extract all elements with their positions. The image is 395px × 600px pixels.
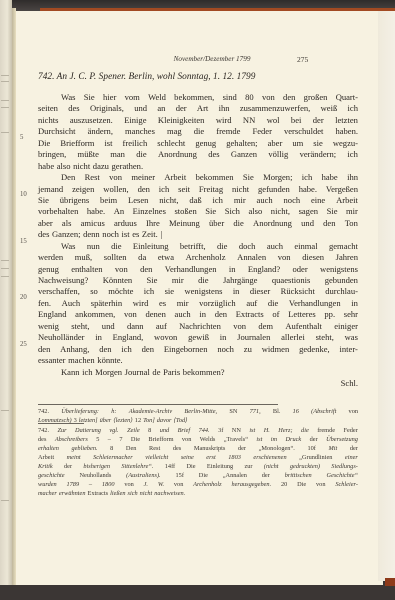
word: Die: [187, 462, 196, 471]
word: Sie: [243, 172, 254, 183]
word: auch: [267, 241, 283, 252]
word: nachweisen.: [154, 489, 185, 498]
word: ließen: [110, 489, 125, 498]
word: verändern;: [300, 149, 337, 160]
word: Herz;: [278, 426, 292, 435]
word: aber: [38, 218, 53, 229]
word: bekommen: [196, 172, 234, 183]
word: 8: [148, 426, 151, 435]
text-line: aberalsamicusarduusIhreMeinungüberdieAno…: [38, 218, 358, 229]
word: Auch: [62, 298, 81, 309]
word: nun: [87, 241, 100, 252]
word: von: [182, 435, 191, 444]
word: Sie: [38, 195, 49, 206]
word: die: [198, 275, 208, 286]
text-line: wenigsteht,unddannaufNachrichtenvondemAu…: [38, 321, 358, 332]
word: des: [173, 444, 181, 453]
word: wegzu-: [333, 138, 358, 149]
word: ⟨lezten⟩: [113, 416, 133, 425]
word: machen: [68, 355, 95, 366]
word: müßte: [78, 149, 99, 160]
word: 1800: [102, 480, 115, 489]
line-number: 10: [20, 191, 27, 198]
word: vielleicht: [145, 453, 168, 462]
word: 10f: [307, 444, 315, 453]
word: Sittenlehre“.: [121, 462, 153, 471]
word: dem: [258, 321, 273, 332]
word: den: [38, 344, 50, 355]
apparatus-line: erhaltengeblieben.8DenRestdesManuskripts…: [38, 444, 358, 453]
word: seiten: [38, 103, 58, 114]
word: Morgen: [95, 367, 122, 378]
word: im: [271, 435, 277, 444]
text-line: habealsonichtdazugerathen.: [38, 161, 358, 172]
word: von: [262, 92, 275, 103]
word: Mit: [328, 444, 337, 453]
word: 14ff: [165, 462, 175, 471]
word: Feder: [252, 126, 271, 137]
commentary-apparatus: 742.ZurDatierungvgl.Zeile8undBrief744.3f…: [38, 426, 358, 498]
word: zeigen: [72, 184, 94, 195]
word: der: [262, 471, 270, 480]
word: von: [349, 407, 358, 416]
text-line: essantermachenkönnte.: [38, 355, 358, 366]
text-line: vorbehaltenhabe.AnEinzelnesstoßenSieSich…: [38, 206, 358, 217]
word: erst: [206, 453, 215, 462]
word: ihn: [219, 103, 230, 114]
word: Rest: [85, 172, 100, 183]
word: Ton]: [143, 416, 155, 425]
word: Einige: [124, 115, 146, 126]
word: |: [160, 229, 162, 240]
word: Siedlungs-: [331, 462, 358, 471]
text-line: KannichMorgenJournaldeParisbekommen?: [38, 367, 358, 378]
word: Briefform: [60, 138, 94, 149]
word: Extracts: [87, 489, 108, 498]
text-line: bringen,müßtemandieAnordnungdesGanzenvöl…: [38, 149, 358, 160]
word: Was: [61, 92, 76, 103]
word: (nicht: [264, 462, 279, 471]
word: denn: [83, 229, 100, 240]
word: die: [268, 298, 278, 309]
word: die: [233, 218, 243, 229]
word: zu: [244, 344, 252, 355]
word: Arbeit: [38, 453, 54, 462]
word: ist: [104, 138, 112, 149]
word: Die: [38, 138, 50, 149]
word: zusammenzuwerfen,: [240, 103, 310, 114]
word: nicht,: [271, 206, 290, 217]
word: in: [95, 332, 102, 343]
word: erwähnten: [59, 489, 86, 498]
word: der: [310, 435, 318, 444]
word: Brief: [178, 426, 191, 435]
word: Anordnung: [158, 149, 197, 160]
letter-title: 742. An J. C. P. Spener. Berlin, wohl So…: [38, 72, 255, 82]
word: nicht: [140, 489, 153, 498]
apparatus-line: 742.ZurDatierungvgl.Zeile8undBrief744.3f…: [38, 426, 358, 435]
word: den: [138, 184, 150, 195]
word: aber: [268, 138, 283, 149]
word: der: [176, 103, 187, 114]
word: und: [134, 103, 147, 114]
word: sind: [223, 92, 237, 103]
word: gebunden: [325, 275, 358, 286]
word: ich: [302, 172, 312, 183]
word: Anordnung: [253, 218, 292, 229]
word: Sich: [225, 206, 240, 217]
word: weiß: [321, 103, 338, 114]
word: des: [38, 229, 49, 240]
word: Anhang,: [60, 344, 89, 355]
word: von: [124, 309, 137, 320]
word: stoßen: [174, 206, 196, 217]
word: Was: [61, 241, 76, 252]
word: 1803: [228, 453, 241, 462]
word: mir: [234, 195, 246, 206]
word: Zur: [57, 426, 66, 435]
word: einiger: [334, 321, 358, 332]
word: hier: [103, 92, 116, 103]
word: Übersetzung: [326, 435, 358, 444]
word: „Monologen“.: [259, 444, 295, 453]
word: vom: [125, 92, 140, 103]
word: muß,: [75, 252, 92, 263]
word: die: [136, 149, 146, 160]
signature: Schl.: [38, 378, 358, 389]
word: (Australiens).: [126, 471, 160, 480]
word: h:: [111, 407, 116, 416]
word: 771,: [250, 407, 261, 416]
word: den: [142, 344, 154, 355]
word: An: [114, 206, 124, 217]
word: Quart-: [336, 92, 358, 103]
word: 744.: [199, 426, 210, 435]
word: denen: [145, 309, 165, 320]
word: sie: [165, 286, 175, 297]
word: bekommen?: [183, 367, 225, 378]
word: auszusetzen.: [70, 115, 113, 126]
word: ich: [159, 184, 169, 195]
word: of: [272, 309, 279, 320]
word: arduus: [114, 218, 137, 229]
word: Die: [131, 435, 140, 444]
word: davor: [157, 416, 172, 425]
word: sich: [128, 489, 138, 498]
word: quaestionis: [272, 275, 310, 286]
word: durchlau-: [325, 286, 358, 297]
word: wollen,: [103, 184, 128, 195]
word: gemacht: [329, 241, 358, 252]
word: Aufenthalt: [285, 321, 322, 332]
word: Nachrichten: [179, 321, 221, 332]
word: also: [57, 161, 71, 172]
word: Neuhollands: [79, 471, 111, 480]
word: diesen: [302, 252, 324, 263]
word: gerathen.: [112, 161, 144, 172]
word: freilich: [123, 138, 148, 149]
word: Ganzen;: [52, 229, 80, 240]
word: noch: [284, 195, 301, 206]
word: den: [283, 92, 295, 103]
text-line: DenRestvonmeinerArbeitbekommenSieMorgen;…: [38, 172, 358, 183]
apparatus-line: machererwähntenExtractsließensichnichtna…: [38, 489, 358, 498]
word: wol: [267, 115, 280, 126]
word: fremde: [216, 126, 240, 137]
footnote-rule: [38, 404, 278, 405]
word: steht,: [71, 321, 89, 332]
text-line: DieBriefformistfreilichschlechtgenuggeha…: [38, 138, 358, 149]
word: Ganzen: [231, 149, 257, 160]
word: Sie: [84, 92, 95, 103]
word: Zeit.: [142, 229, 158, 240]
word: und: [301, 218, 314, 229]
word: haben.: [335, 126, 358, 137]
word: übrigens: [60, 195, 89, 206]
word: Archenholz: [193, 480, 221, 489]
word: fen.: [38, 298, 51, 309]
word: Ihre: [146, 218, 160, 229]
word: dieser: [250, 286, 270, 297]
word: habe.: [299, 184, 317, 195]
word: 16: [293, 407, 299, 416]
word: vgl.: [109, 426, 118, 435]
apparatus-line: Lommatzsch)3letzten]über⟨lezten⟩12Ton]da…: [38, 416, 358, 425]
word: dann: [127, 321, 144, 332]
word: etwa: [158, 252, 174, 263]
word: nicht,: [159, 195, 178, 206]
word: verschaffen,: [38, 286, 80, 297]
word: sagen: [299, 206, 318, 217]
word: über: [100, 416, 112, 425]
text-line: NeuholländerinEngland,wovongewißinJourna…: [38, 332, 358, 343]
word: Schleiermacher: [93, 453, 133, 462]
word: genug: [38, 264, 59, 275]
word: die: [194, 126, 204, 137]
word: von: [316, 480, 325, 489]
word: sie: [313, 138, 323, 149]
word: den: [323, 218, 335, 229]
word: habe: [322, 172, 338, 183]
scan-background-bottom: [0, 585, 395, 600]
word: nicht: [73, 161, 90, 172]
word: ich: [348, 103, 358, 114]
word: Sie: [327, 206, 338, 217]
word: Originals,: [90, 103, 124, 114]
word: möchte: [108, 286, 133, 297]
word: Jahren: [336, 252, 358, 263]
word: mag: [167, 126, 182, 137]
word: auf: [246, 298, 257, 309]
word: ich: [144, 286, 154, 297]
word: H.: [264, 426, 270, 435]
text-line: WasSiehiervomWeldbekommen,sind80vondengr…: [38, 92, 358, 103]
word: England?: [248, 264, 280, 275]
word: über: [209, 218, 224, 229]
word: auch: [257, 195, 273, 206]
word: vorbehalten: [38, 206, 78, 217]
word: Den: [126, 444, 137, 453]
word: gefunden: [258, 184, 290, 195]
word: von: [124, 480, 133, 489]
word: oder: [292, 264, 307, 275]
line-number: 5: [20, 134, 23, 141]
word: dazu: [93, 161, 109, 172]
text-line: desGanzen;dennnochistesZeit.|: [38, 229, 358, 240]
word: England,: [113, 332, 144, 343]
word: Schleier-: [335, 480, 358, 489]
apparatus-line: wurden1789–1800vonJ.W.vonArchenholzherau…: [38, 480, 358, 489]
word: Könnten: [103, 275, 132, 286]
word: Geschichte“: [327, 471, 358, 480]
word: des: [208, 149, 219, 160]
word: man: [110, 149, 125, 160]
apparatus-line: ArbeitmeintSchleiermachervielleichtseine…: [38, 453, 358, 462]
word: den: [215, 309, 227, 320]
word: einmal: [294, 241, 317, 252]
word: habe: [38, 161, 54, 172]
word: enthalten: [71, 264, 102, 275]
word: von: [174, 480, 183, 489]
word: 20: [281, 480, 287, 489]
word: Freitag: [199, 184, 223, 195]
word: vorzüglich: [199, 298, 236, 309]
word: und: [160, 426, 169, 435]
word: Journalen: [237, 332, 270, 343]
book-cover-corner: [385, 578, 395, 586]
word: an: [157, 103, 165, 114]
word: Verhandlungen: [289, 298, 341, 309]
word: in: [220, 332, 227, 343]
word: (Abschrift: [311, 407, 336, 416]
word: wird: [133, 298, 149, 309]
word: den: [99, 344, 111, 355]
word: Art: [197, 103, 208, 114]
word: beim: [100, 195, 117, 206]
word: Rest: [149, 444, 160, 453]
word: widmen: [262, 344, 290, 355]
page-number: 275: [297, 55, 308, 64]
word: eine: [311, 195, 325, 206]
word: und: [102, 321, 115, 332]
text-line: WasnundieEinleitungbetrifft,diedochauche…: [38, 241, 358, 252]
word: der: [350, 444, 358, 453]
word: als: [62, 218, 72, 229]
word: ankommen,: [75, 309, 115, 320]
word: brittischen: [285, 471, 312, 480]
word: Einleitung: [133, 241, 169, 252]
word: um: [292, 138, 303, 149]
word: es: [132, 229, 139, 240]
word: der: [313, 115, 324, 126]
word: späterhin: [91, 298, 122, 309]
text-line: jemandzeigenwollen,denichseitFreitagnich…: [38, 184, 358, 195]
word: pp.: [324, 309, 335, 320]
running-head: November/Dezember 1799: [112, 55, 312, 63]
word: werden: [38, 252, 63, 263]
word: völlig: [268, 149, 288, 160]
word: Die: [199, 471, 208, 480]
word: Annalen: [237, 252, 266, 263]
word: die: [111, 241, 121, 252]
word: Bl.: [273, 407, 281, 416]
word: –: [89, 480, 92, 489]
word: es: [159, 298, 166, 309]
word: Vergeßen: [326, 184, 358, 195]
word: Feder: [343, 426, 357, 435]
line-number: 15: [20, 238, 27, 245]
word: seine: [181, 453, 194, 462]
word: 80: [245, 92, 254, 103]
word: „Annalen: [223, 471, 247, 480]
text-line: Englandankommen,vondenenauchindenExtract…: [38, 309, 358, 320]
text-line: werdenmuß,solltendaetwaArchenholzAnnalen…: [38, 252, 358, 263]
word: noch: [102, 229, 119, 240]
word: auf: [156, 321, 167, 332]
word: bisherigen: [83, 462, 110, 471]
word: ich: [347, 149, 357, 160]
word: jemand: [38, 184, 63, 195]
word: ⟨Tod⟩: [173, 416, 187, 425]
word: amicus: [81, 218, 105, 229]
word: noch: [217, 344, 234, 355]
text-line: nichtsauszusetzen.EinigeKleinigkeitenwir…: [38, 115, 358, 126]
word: ändern,: [88, 126, 113, 137]
word: 8: [110, 444, 113, 453]
word: Meinung: [169, 218, 200, 229]
word: Rücksicht: [281, 286, 315, 297]
word: gedenke,: [299, 344, 330, 355]
word: von: [115, 264, 128, 275]
word: verschuldet: [284, 126, 323, 137]
word: Kleinigkeiten: [158, 115, 205, 126]
word: Nachweisung?: [38, 275, 88, 286]
word: wenigstens: [184, 286, 222, 297]
word: Verhandlungen: [165, 264, 217, 275]
word: meint: [67, 453, 81, 462]
word: großen: [304, 92, 328, 103]
word: Druck: [285, 435, 301, 444]
apparatus-rule: [38, 423, 84, 424]
word: sollten: [104, 252, 127, 263]
word: der: [238, 444, 246, 453]
word: 742.: [38, 407, 49, 416]
word: genug: [195, 138, 216, 149]
word: Jahrgänge: [223, 275, 258, 286]
word: bekommen,: [174, 92, 214, 103]
word: manches: [125, 126, 155, 137]
word: sehr: [344, 309, 358, 320]
word: Datierung: [75, 426, 101, 435]
word: den: [140, 264, 152, 275]
word: gehalten;: [226, 138, 257, 149]
word: zur: [244, 462, 252, 471]
word: seit: [178, 184, 190, 195]
page-fore-edge: [378, 11, 395, 581]
text-line: seitendesOriginals,undanderArtihnzusamme…: [38, 103, 358, 114]
word: Sie: [205, 206, 216, 217]
word: NN: [243, 115, 255, 126]
word: Überlieferung:: [61, 407, 99, 416]
word: in: [233, 286, 240, 297]
text-line: genugenthaltenvondenVerhandlungeninEngla…: [38, 264, 358, 275]
word: mir: [172, 275, 184, 286]
word: inter-: [340, 344, 358, 355]
word: Eingebornen: [164, 344, 208, 355]
word: wenigstens: [320, 264, 358, 275]
word: 12: [135, 416, 141, 425]
word: schlecht: [157, 138, 185, 149]
